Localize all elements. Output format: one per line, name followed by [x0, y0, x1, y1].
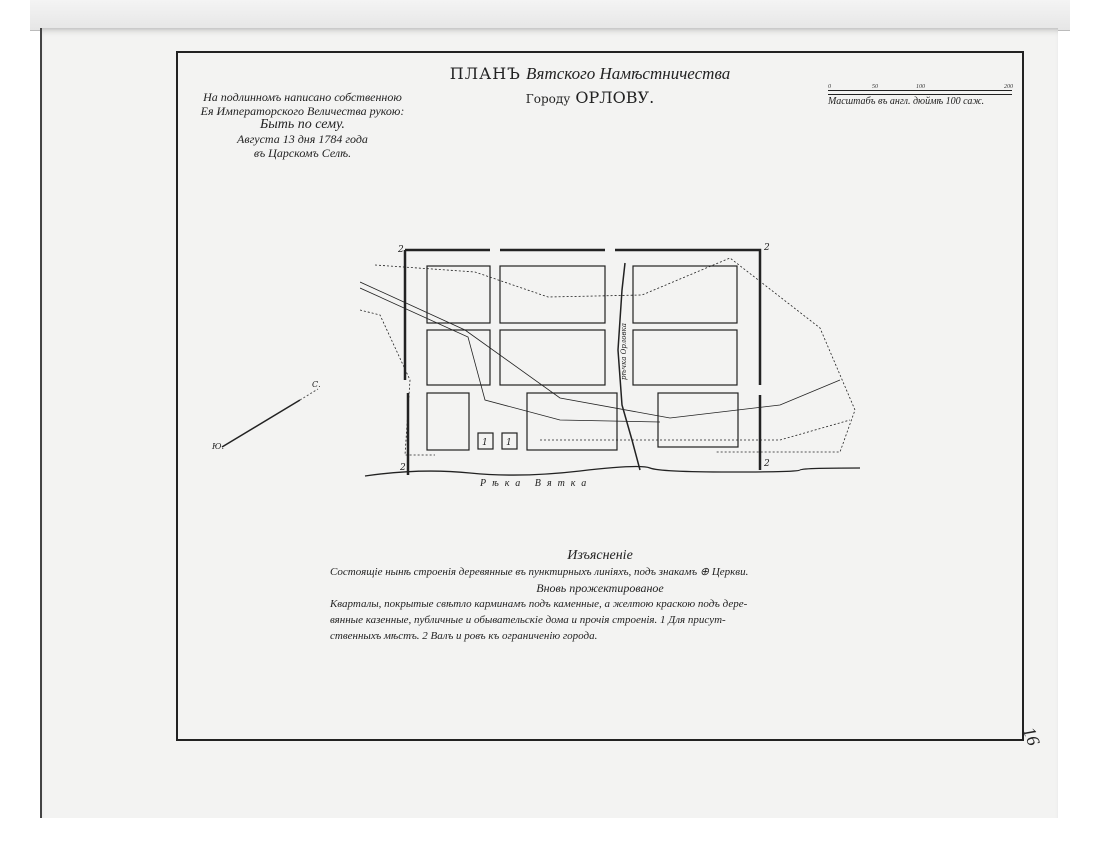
rampart-mark: 2 [399, 463, 406, 473]
compass-south-label: Ю. [211, 442, 224, 451]
scale-tick: 200 [1004, 84, 1013, 90]
subtitle-prefix: Городу [526, 92, 571, 106]
scale-label: Масштабъ въ англ. дюймѣ 100 саж. [828, 96, 1018, 107]
orlovka-label: рѣчка Орловка [620, 323, 628, 380]
scale-tick: 100 [916, 84, 925, 90]
scale-bar-line [828, 90, 1012, 95]
vyatka-riverbank [365, 467, 860, 476]
approval-line: Быть по сему. [180, 118, 425, 132]
rampart-mark: 2 [397, 245, 404, 255]
roads [360, 282, 840, 422]
subtitle-city: ОРЛОВУ. [575, 88, 654, 107]
approval-line: На подлинномъ написано собственною [180, 90, 425, 104]
compass-needle-icon: Ю. С. [200, 375, 330, 455]
map-legend: Изъясненіе Состоящіе нынѣ строенія дерев… [330, 548, 870, 644]
approval-date: Августа 13 дня 1784 года [180, 132, 425, 146]
rampart-walls [405, 250, 760, 475]
title-province: Вятского Намѣстничества [526, 64, 730, 83]
approval-place: въ Царскомъ Селѣ. [180, 146, 425, 160]
map-title: ПЛАНЪ Вятского Намѣстничества [420, 64, 760, 84]
previous-page-edge [30, 0, 1070, 31]
legend-heading: Изъясненіе [330, 548, 870, 564]
legend-line: ственныхъ мѣстъ. 2 Валъ и ровъ къ ограни… [330, 628, 870, 644]
legend-line: Кварталы, покрытые свѣтло карминамъ подъ… [330, 596, 870, 612]
rampart-mark: 2 [763, 459, 770, 469]
scale-tick: 0 [828, 84, 831, 90]
existing-buildings-outline [360, 258, 855, 455]
imperial-approval-note: На подлинномъ написано собственною Ея Им… [180, 90, 425, 160]
compass-north-label: С. [312, 380, 321, 389]
legend-subheading: Вновь прожектированое [330, 580, 870, 596]
public-building-mark: 1 [482, 438, 488, 448]
title-prefix: ПЛАНЪ [450, 64, 521, 83]
legend-line: Состоящіе нынѣ строенія деревянные въ пу… [330, 564, 870, 580]
map-subtitle: Городу ОРЛОВУ. [420, 88, 760, 107]
vyatka-river-label: Рѣка Вятка [480, 478, 592, 489]
scale-tick: 50 [872, 84, 878, 90]
legend-line: вянные казенные, публичные и обывательск… [330, 612, 870, 628]
rampart-mark: 2 [763, 243, 770, 253]
public-building-mark: 1 [506, 438, 512, 448]
town-plan-drawing: 2 2 2 2 1 1 рѣчка Орловка [360, 230, 870, 490]
approval-line: Ея Императорского Величества рукою: [180, 104, 425, 118]
